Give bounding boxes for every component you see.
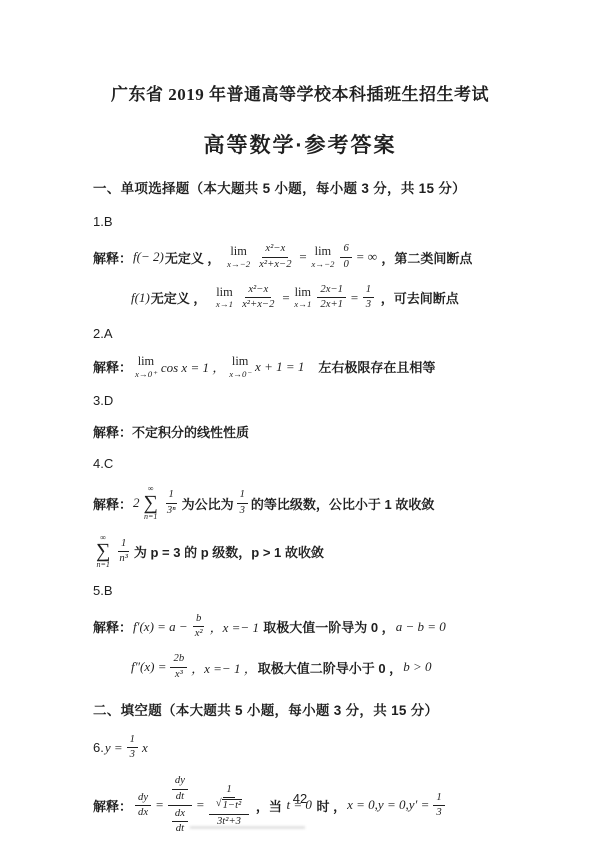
- text-run: 5.B: [93, 583, 113, 598]
- text-run: 无定义 ，: [151, 288, 213, 307]
- explain-1-line-1: 解释：f(− 2)无定义 ， limx→−2x²−xx²+x−2=limx→−2…: [93, 243, 552, 271]
- fraction-denominator: dt: [173, 822, 187, 835]
- summation-operator: ∞∑n=1: [96, 534, 110, 569]
- fraction-denominator: 3ⁿ: [164, 504, 179, 517]
- explain-4-line-1: 解释：2∞∑n=113ⁿ为公比为13的等比级数，公比小于 1 故收敛: [93, 485, 552, 520]
- text-run: 4.C: [93, 456, 113, 471]
- fraction: 13: [127, 734, 138, 762]
- text-run: 解释：不定积分的线性性质: [93, 422, 249, 441]
- fraction-denominator-text: x²: [195, 628, 203, 640]
- limit-subscript: x→1: [294, 300, 311, 309]
- document-page: 广东省 2019 年普通高等学校本科插班生招生考试 高等数学·参考答案 一、单项…: [0, 0, 600, 848]
- limit-subscript: x→−2: [227, 260, 250, 269]
- text-run: ，可去间断点: [377, 288, 459, 307]
- text-run: 为 p = 3 的 p 级数，p > 1 故收敛: [134, 542, 324, 561]
- answer-6: 6.y =13x: [93, 734, 552, 762]
- math-run: b > 0: [403, 659, 431, 675]
- text-run: 6.: [93, 740, 104, 755]
- answer-1: 1.B: [93, 212, 552, 230]
- math-run: a − b = 0: [396, 619, 446, 635]
- text-run: 解释：: [93, 248, 132, 267]
- fraction-denominator-text: n³: [119, 553, 128, 565]
- fraction-numerator: dy: [172, 775, 188, 789]
- limit-word: lim: [230, 245, 246, 257]
- fraction-denominator: 3: [127, 748, 138, 761]
- fraction-denominator: 2x+1: [317, 298, 346, 311]
- fraction-numerator: 1: [363, 284, 374, 298]
- explain-5-line-2: f″(x) =2bx³，x =− 1 ，取极大值二阶导小于 0 ，b > 0: [130, 653, 552, 681]
- text-run: 的等比级数，公比小于 1 故收敛: [251, 494, 434, 513]
- answer-5: 5.B: [93, 582, 552, 600]
- math-run: =: [281, 290, 290, 306]
- math-run: =: [299, 249, 308, 265]
- fraction-denominator: 3: [433, 806, 444, 819]
- limit-subscript: x→0⁻: [229, 370, 251, 379]
- text-run: 3.D: [93, 393, 113, 408]
- fraction-denominator-text: 3: [240, 505, 245, 517]
- text-run: 2.A: [93, 326, 113, 341]
- text-run: 取极大值一阶导为 0 ，: [263, 617, 394, 636]
- fraction-numerator-text: 1: [240, 489, 245, 501]
- text-run: 一、单项选择题（本大题共 5 小题，每小题 3 分，共 15 分）: [93, 177, 466, 197]
- summation-lower-bound: n=1: [144, 513, 157, 521]
- fraction-numerator-text: x²−x: [248, 284, 268, 296]
- fraction-numerator-text: x²−x: [265, 243, 285, 255]
- fraction: 60: [340, 243, 351, 271]
- answer-3: 3.D: [93, 391, 552, 409]
- math-run: x + 1 = 1: [255, 359, 304, 375]
- limit-word: lim: [295, 286, 311, 298]
- fraction-denominator: 3: [363, 298, 374, 311]
- sigma-symbol: ∑: [144, 494, 158, 512]
- math-run: = ∞: [356, 249, 381, 265]
- fraction-denominator: 3: [237, 504, 248, 517]
- fraction: bx²: [192, 613, 206, 641]
- limit-word: lim: [315, 245, 331, 257]
- text-run: 1.B: [93, 214, 113, 229]
- math-run: x: [142, 740, 148, 756]
- text-run: 无定义 ，: [165, 248, 224, 267]
- fraction-numerator: 1: [118, 538, 129, 552]
- fraction-numerator-text: 1: [169, 489, 174, 501]
- fraction: 2x−12x+1: [317, 284, 346, 312]
- limit-subscript: x→−2: [311, 260, 334, 269]
- limit-word: lim: [138, 355, 154, 367]
- fraction-numerator-text: 1: [366, 284, 371, 296]
- exam-title: 广东省 2019 年普通高等学校本科插班生招生考试: [0, 84, 600, 105]
- fraction-denominator-text: x²+x−2: [259, 259, 291, 271]
- math-run: cos x = 1 ，: [161, 357, 225, 376]
- exam-subtitle: 高等数学·参考答案: [0, 129, 600, 159]
- fraction-denominator-text: x²+x−2: [242, 299, 274, 311]
- limit-operator: limx→0⁻: [229, 355, 251, 378]
- math-run: f(1): [131, 290, 150, 306]
- math-run: y =: [105, 740, 123, 756]
- fraction-denominator: x²+x−2: [239, 298, 277, 311]
- fraction-denominator-text: 3: [366, 299, 371, 311]
- fraction-numerator: x²−x: [245, 284, 271, 298]
- text-run: 二、填空题（本大题共 5 小题，每小题 3 分，共 15 分）: [93, 699, 438, 719]
- explain-4-line-2: ∞∑n=11n³为 p = 3 的 p 级数，p > 1 故收敛: [93, 534, 552, 569]
- fraction-denominator: x²: [192, 627, 206, 640]
- page-number: 42: [0, 791, 600, 806]
- document-content: 一、单项选择题（本大题共 5 小题，每小题 3 分，共 15 分）1.B解释：f…: [93, 177, 552, 836]
- text-run: 为公比为: [182, 494, 234, 513]
- fraction-numerator-text: dx: [175, 808, 185, 820]
- fraction-numerator: x²−x: [262, 243, 288, 257]
- fraction-numerator: 6: [340, 243, 351, 257]
- limit-word: lim: [216, 286, 232, 298]
- fraction-numerator: dx: [172, 808, 188, 822]
- fraction-denominator-text: 2x+1: [320, 299, 343, 311]
- math-run: =: [350, 290, 359, 306]
- limit-operator: limx→−2: [311, 245, 334, 268]
- fraction-denominator-text: dx: [138, 807, 148, 819]
- fraction: 2bx³: [170, 653, 187, 681]
- math-run: f″(x) =: [131, 659, 166, 675]
- math-run: ，x =− 1: [210, 617, 263, 636]
- fraction-denominator: 0: [340, 258, 351, 271]
- fraction-denominator: dxdt: [168, 806, 192, 837]
- text-run: ，第二类间断点: [381, 248, 472, 267]
- fraction: x²−xx²+x−2: [239, 284, 277, 312]
- explain-2: 解释：limx→0⁺cos x = 1 ，limx→0⁻x + 1 = 1 左右…: [93, 355, 552, 378]
- explain-3: 解释：不定积分的线性性质: [93, 422, 552, 441]
- answer-2: 2.A: [93, 324, 552, 342]
- limit-word: lim: [232, 355, 248, 367]
- fraction: 1n³: [116, 538, 131, 566]
- fraction-denominator: x²+x−2: [256, 258, 294, 271]
- text-run: 解释：: [93, 494, 132, 513]
- fraction-denominator-text: 3: [130, 749, 135, 761]
- section-choice-heading: 一、单项选择题（本大题共 5 小题，每小题 3 分，共 15 分）: [93, 177, 552, 197]
- fraction-numerator: 1: [166, 489, 177, 503]
- limit-operator: limx→1: [216, 286, 233, 309]
- limit-operator: limx→0⁺: [135, 355, 157, 378]
- fraction-denominator-text: 3ⁿ: [167, 505, 176, 517]
- fraction-numerator-text: 6: [343, 243, 348, 255]
- fraction-numerator: 2b: [170, 653, 187, 667]
- answer-4: 4.C: [93, 454, 552, 472]
- limit-subscript: x→1: [216, 300, 233, 309]
- text-run: 解释：: [93, 357, 132, 376]
- limit-subscript: x→0⁺: [135, 370, 157, 379]
- fraction-denominator: n³: [116, 552, 131, 565]
- text-run: 解释：: [93, 617, 132, 636]
- fraction-denominator: dx: [135, 806, 151, 819]
- fraction: x²−xx²+x−2: [256, 243, 294, 271]
- fraction-numerator-text: 1: [121, 538, 126, 550]
- fraction-denominator-text: dt: [176, 823, 184, 835]
- fraction: 13: [237, 489, 248, 517]
- explain-5-line-1: 解释：f′(x) = a −bx²，x =− 1 取极大值一阶导为 0 ，a −…: [93, 613, 552, 641]
- fraction-denominator-text: x³: [175, 669, 183, 681]
- fraction-numerator-text: 2b: [173, 653, 184, 665]
- fraction-numerator-text: 1: [130, 734, 135, 746]
- fraction-denominator: x³: [172, 668, 186, 681]
- fraction: 13ⁿ: [164, 489, 179, 517]
- fraction-numerator-text: dy: [175, 775, 185, 787]
- section-blank-heading: 二、填空题（本大题共 5 小题，每小题 3 分，共 15 分）: [93, 699, 552, 719]
- fraction-denominator-text: 3: [436, 807, 441, 819]
- limit-operator: limx→1: [294, 286, 311, 309]
- summation-lower-bound: n=1: [96, 561, 109, 569]
- fraction: 13: [363, 284, 374, 312]
- fraction-numerator-text: b: [196, 613, 201, 625]
- text-run: 左右极限存在且相等: [305, 357, 435, 376]
- math-run: f(− 2): [133, 249, 164, 265]
- fraction-numerator: 2x−1: [317, 284, 346, 298]
- summation-operator: ∞∑n=1: [144, 485, 158, 520]
- limit-operator: limx→−2: [227, 245, 250, 268]
- fraction-numerator: 1: [127, 734, 138, 748]
- math-run: f′(x) = a −: [133, 619, 188, 635]
- fraction-denominator-text: 0: [343, 259, 348, 271]
- scan-artifact: [190, 826, 305, 829]
- fraction-numerator: 1: [237, 489, 248, 503]
- text-run: 取极大值二阶导小于 0 ，: [258, 658, 402, 677]
- fraction-numerator-text: 2x−1: [320, 284, 343, 296]
- fraction-numerator: b: [193, 613, 204, 627]
- fraction: dxdt: [172, 808, 188, 836]
- sigma-symbol: ∑: [96, 542, 110, 560]
- math-run: 2: [133, 495, 140, 511]
- math-run: ，x =− 1 ，: [191, 658, 257, 677]
- explain-1-line-2: f(1)无定义 ， limx→1x²−xx²+x−2=limx→12x−12x+…: [130, 284, 552, 312]
